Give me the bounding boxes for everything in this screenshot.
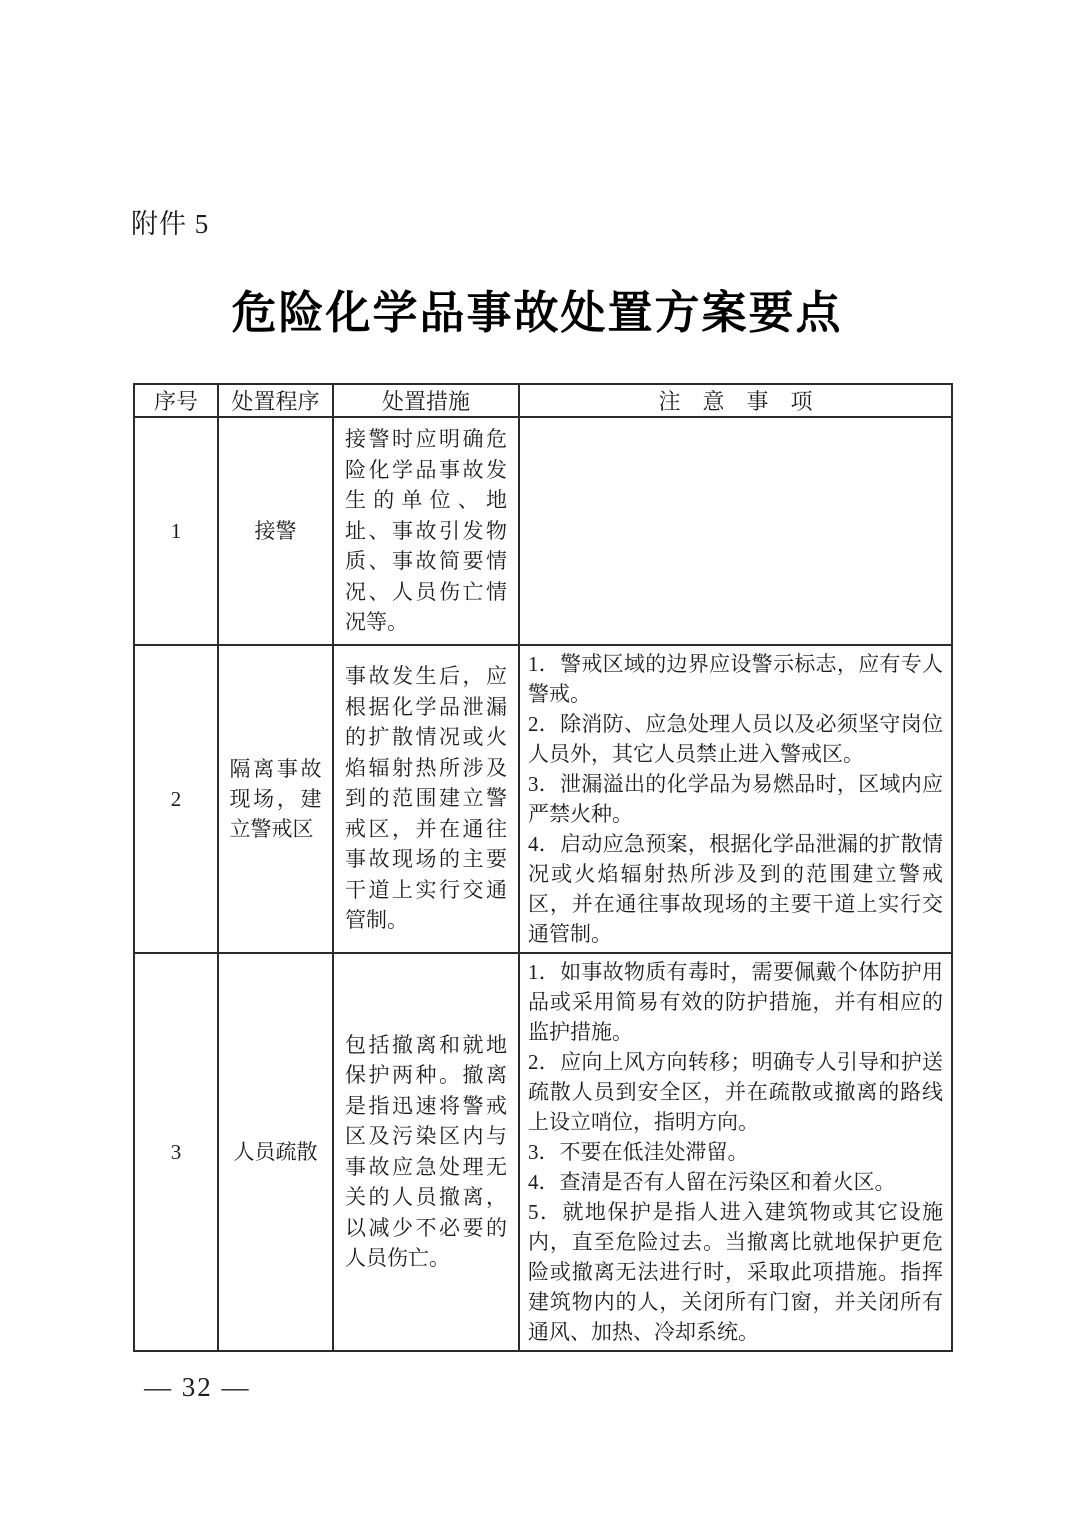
cell-row2-notes: 1．警戒区域的边界应设警示标志，应有专人警戒。 2．除消防、应急处理人员以及必须…	[519, 645, 952, 953]
note-item: 4．启动应急预案，根据化学品泄漏的扩散情况或火焰辐射热所涉及到的范围建立警戒区，…	[520, 829, 951, 949]
cell-row1-notes	[519, 417, 952, 645]
disposal-plan-table: 序号 处置程序 处置措施 注 意 事 项 1 接警 接警时应明确危险化学品事故发…	[133, 383, 953, 1352]
measures-text: 接警时应明确危险化学品事故发生的单位、地址、事故引发物质、事故简要情况、人员伤亡…	[334, 418, 518, 644]
cell-row2-procedure: 隔离事故现场，建立警戒区	[218, 645, 333, 953]
note-item: 1．如事故物质有毒时，需要佩戴个体防护用品或采用简易有效的防护措施，并有相应的监…	[520, 957, 951, 1047]
procedure-text: 接警	[255, 516, 297, 546]
cell-row1-procedure: 接警	[218, 417, 333, 645]
note-item: 3．不要在低洼处滞留。	[520, 1137, 951, 1167]
procedure-text: 隔离事故现场，建立警戒区	[230, 754, 322, 844]
document-page: 附件 5 危险化学品事故处置方案要点 序号 处置程序 处置措施 注 意 事 项 …	[0, 0, 1074, 1520]
note-item: 1．警戒区域的边界应设警示标志，应有专人警戒。	[520, 649, 951, 709]
cell-row1-number: 1	[134, 417, 218, 645]
cell-row2-measures: 事故发生后，应根据化学品泄漏的扩散情况或火焰辐射热所涉及到的范围建立警戒区，并在…	[333, 645, 519, 953]
note-item: 2．除消防、应急处理人员以及必须坚守岗位人员外，其它人员禁止进入警戒区。	[520, 709, 951, 769]
cell-row1-measures: 接警时应明确危险化学品事故发生的单位、地址、事故引发物质、事故简要情况、人员伤亡…	[333, 417, 519, 645]
cell-row3-notes: 1．如事故物质有毒时，需要佩戴个体防护用品或采用简易有效的防护措施，并有相应的监…	[519, 953, 952, 1351]
table-row: 2 隔离事故现场，建立警戒区 事故发生后，应根据化学品泄漏的扩散情况或火焰辐射热…	[134, 645, 952, 953]
note-item: 4．查清是否有人留在污染区和着火区。	[520, 1167, 951, 1197]
attachment-label: 附件 5	[131, 202, 209, 241]
measures-text: 包括撤离和就地保护两种。撤离是指迅速将警戒区及污染区内与事故应急处理无关的人员撤…	[334, 1024, 518, 1280]
table-row: 3 人员疏散 包括撤离和就地保护两种。撤离是指迅速将警戒区及污染区内与事故应急处…	[134, 953, 952, 1351]
column-header-notes: 注 意 事 项	[519, 384, 952, 417]
cell-row3-number: 3	[134, 953, 218, 1351]
page-title: 危险化学品事故处置方案要点	[0, 276, 1074, 341]
column-header-number: 序号	[134, 384, 218, 417]
cell-row3-measures: 包括撤离和就地保护两种。撤离是指迅速将警戒区及污染区内与事故应急处理无关的人员撤…	[333, 953, 519, 1351]
page-number: — 32 —	[144, 1372, 251, 1403]
cell-row3-procedure: 人员疏散	[218, 953, 333, 1351]
note-item: 2．应向上风方向转移；明确专人引导和护送疏散人员到安全区，并在疏散或撤离的路线上…	[520, 1047, 951, 1137]
column-header-measures: 处置措施	[333, 384, 519, 417]
measures-text: 事故发生后，应根据化学品泄漏的扩散情况或火焰辐射热所涉及到的范围建立警戒区，并在…	[334, 655, 518, 942]
table-row: 1 接警 接警时应明确危险化学品事故发生的单位、地址、事故引发物质、事故简要情况…	[134, 417, 952, 645]
note-item: 3．泄漏溢出的化学品为易燃品时，区域内应严禁火种。	[520, 769, 951, 829]
column-header-procedure: 处置程序	[218, 384, 333, 417]
cell-row2-number: 2	[134, 645, 218, 953]
note-item: 5．就地保护是指人进入建筑物或其它设施内，直至危险过去。当撤离比就地保护更危险或…	[520, 1197, 951, 1347]
table-header-row: 序号 处置程序 处置措施 注 意 事 项	[134, 384, 952, 417]
procedure-text: 人员疏散	[234, 1137, 318, 1167]
